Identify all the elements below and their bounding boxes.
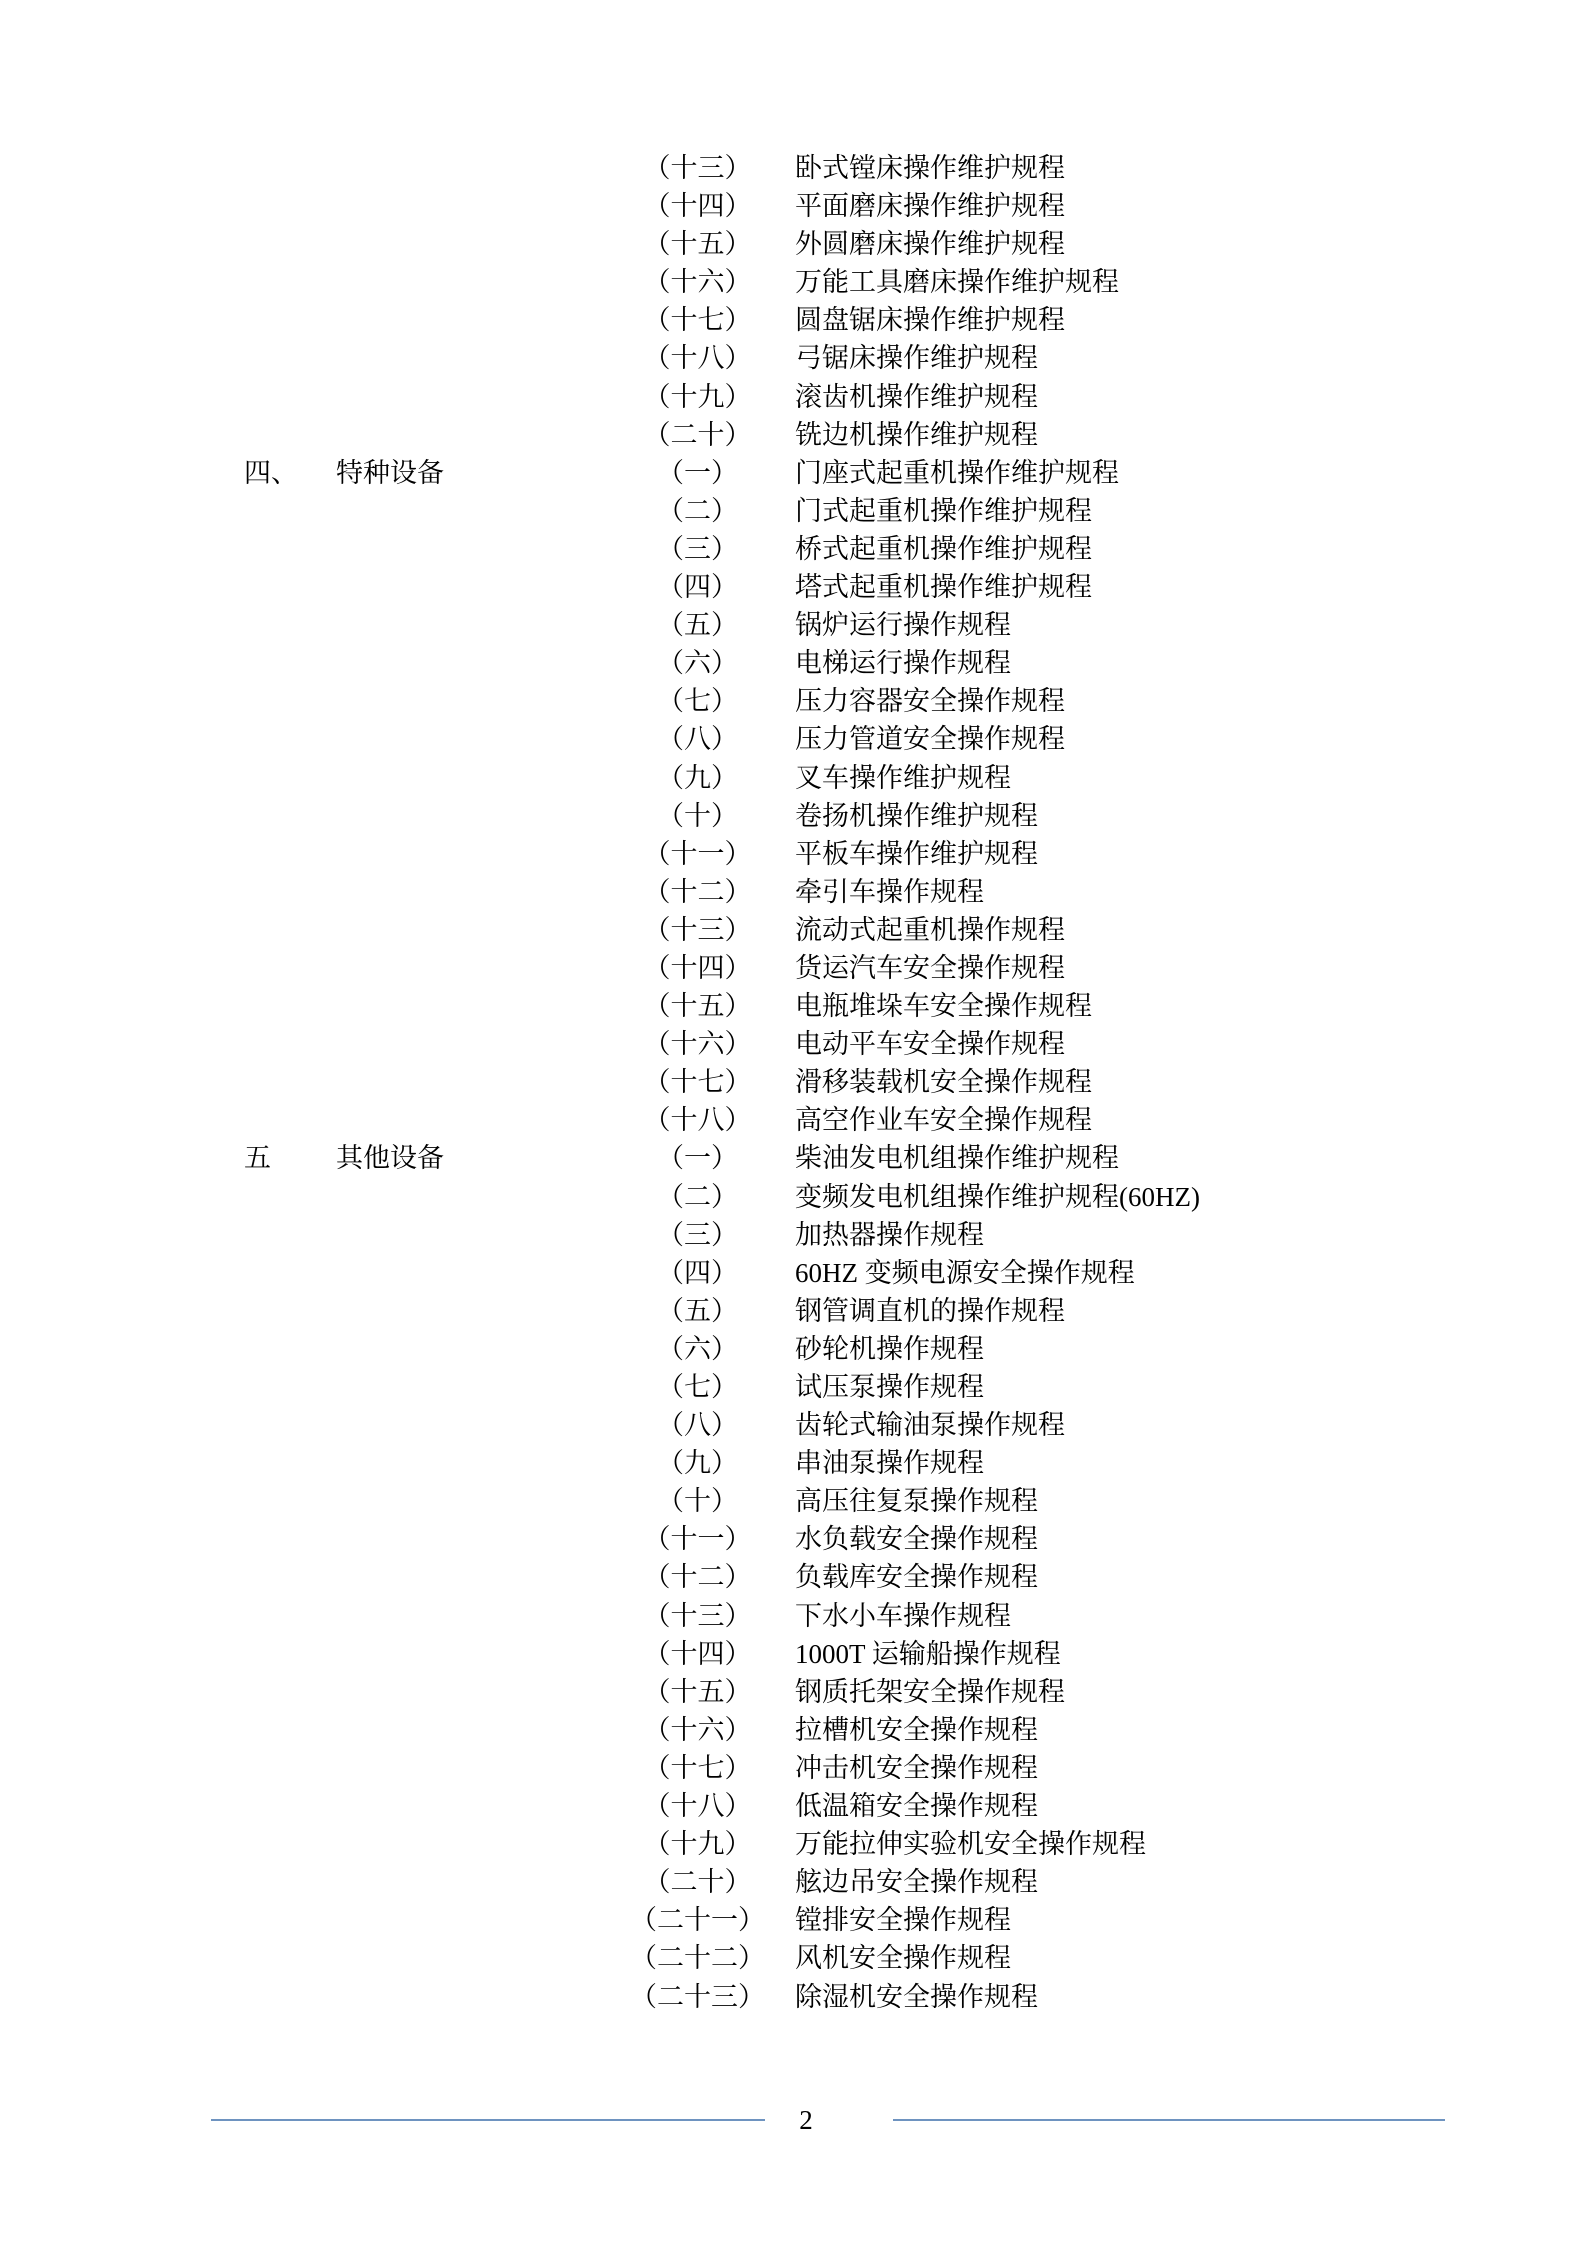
item-title: 齿轮式输油泵操作规程	[795, 1406, 1065, 1444]
item-number: （十二）	[610, 1558, 785, 1596]
item-number: （十五）	[610, 1673, 785, 1711]
list-item: （二） 门式起重机操作维护规程	[0, 492, 1587, 530]
item-number: （十九）	[610, 378, 785, 416]
item-title: 冲击机安全操作规程	[795, 1749, 1038, 1787]
item-title: 钢质托架安全操作规程	[795, 1673, 1065, 1711]
item-number: （十一）	[610, 1520, 785, 1558]
item-number: （二十一）	[610, 1901, 785, 1939]
item-title: 铣边机操作维护规程	[795, 416, 1038, 454]
list-item: （十二） 牵引车操作规程	[0, 873, 1587, 911]
item-title: 低温箱安全操作规程	[795, 1787, 1038, 1825]
list-item: （十三） 流动式起重机操作规程	[0, 911, 1587, 949]
item-title: 塔式起重机操作维护规程	[795, 568, 1092, 606]
item-title: 1000T 运输船操作规程	[795, 1635, 1061, 1673]
item-title: 货运汽车安全操作规程	[795, 949, 1065, 987]
list-item: （十八） 弓锯床操作维护规程	[0, 339, 1587, 377]
item-title: 滑移装载机安全操作规程	[795, 1063, 1092, 1101]
item-title: 镗排安全操作规程	[795, 1901, 1011, 1939]
item-title: 叉车操作维护规程	[795, 759, 1011, 797]
page-number: 2	[786, 2101, 826, 2139]
list-item: （十五） 钢质托架安全操作规程	[0, 1673, 1587, 1711]
item-number: （二）	[610, 1178, 785, 1216]
item-number: （十三）	[610, 911, 785, 949]
list-item: （十五） 电瓶堆垛车安全操作规程	[0, 987, 1587, 1025]
item-number: （十）	[610, 1482, 785, 1520]
item-number: （九）	[610, 759, 785, 797]
item-number: （十五）	[610, 225, 785, 263]
item-title: 桥式起重机操作维护规程	[795, 530, 1092, 568]
document-page: （十三） 卧式镗床操作维护规程 （十四） 平面磨床操作维护规程 （十五） 外圆磨…	[0, 0, 1587, 2245]
list-item: （十七） 冲击机安全操作规程	[0, 1749, 1587, 1787]
list-item: （十） 高压往复泵操作规程	[0, 1482, 1587, 1520]
item-title: 平面磨床操作维护规程	[795, 187, 1065, 225]
item-title: 舷边吊安全操作规程	[795, 1863, 1038, 1901]
item-number: （十五）	[610, 987, 785, 1025]
item-number: （十七）	[610, 1749, 785, 1787]
list-item: （七） 压力容器安全操作规程	[0, 682, 1587, 720]
item-title: 电梯运行操作规程	[795, 644, 1011, 682]
item-title: 圆盘锯床操作维护规程	[795, 301, 1065, 339]
item-number: （十一）	[610, 835, 785, 873]
item-title: 外圆磨床操作维护规程	[795, 225, 1065, 263]
item-title: 60HZ 变频电源安全操作规程	[795, 1254, 1135, 1292]
item-title: 高压往复泵操作规程	[795, 1482, 1038, 1520]
list-item: （四） 塔式起重机操作维护规程	[0, 568, 1587, 606]
section-number: 五	[244, 1139, 336, 1177]
section-title: 特种设备	[336, 454, 610, 492]
item-title: 弓锯床操作维护规程	[795, 339, 1038, 377]
item-title: 门式起重机操作维护规程	[795, 492, 1092, 530]
item-number: （二十二）	[610, 1939, 785, 1977]
list-item: （七） 试压泵操作规程	[0, 1368, 1587, 1406]
item-title: 万能工具磨床操作维护规程	[795, 263, 1119, 301]
item-title: 砂轮机操作规程	[795, 1330, 984, 1368]
item-title: 门座式起重机操作维护规程	[795, 454, 1119, 492]
list-item: （十八） 高空作业车安全操作规程	[0, 1101, 1587, 1139]
item-number: （十）	[610, 797, 785, 835]
list-item: （十六） 万能工具磨床操作维护规程	[0, 263, 1587, 301]
item-number: （七）	[610, 1368, 785, 1406]
list-item: （八） 齿轮式输油泵操作规程	[0, 1406, 1587, 1444]
item-number: （一）	[610, 1139, 785, 1177]
item-title: 压力容器安全操作规程	[795, 682, 1065, 720]
item-number: （八）	[610, 720, 785, 758]
list-item: （九） 叉车操作维护规程	[0, 759, 1587, 797]
list-item: （二十） 舷边吊安全操作规程	[0, 1863, 1587, 1901]
item-title: 卧式镗床操作维护规程	[795, 149, 1065, 187]
item-number: （三）	[610, 1216, 785, 1254]
item-number: （七）	[610, 682, 785, 720]
item-number: （九）	[610, 1444, 785, 1482]
item-title: 柴油发电机组操作维护规程	[795, 1139, 1119, 1177]
item-title: 万能拉伸实验机安全操作规程	[795, 1825, 1146, 1863]
list-item: 五 其他设备 （一） 柴油发电机组操作维护规程	[0, 1139, 1587, 1177]
item-title: 风机安全操作规程	[795, 1939, 1011, 1977]
item-title: 串油泵操作规程	[795, 1444, 984, 1482]
item-title: 除湿机安全操作规程	[795, 1978, 1038, 2016]
item-title: 下水小车操作规程	[795, 1597, 1011, 1635]
list-item: （十） 卷扬机操作维护规程	[0, 797, 1587, 835]
item-title: 流动式起重机操作规程	[795, 911, 1065, 949]
list-item: （十四） 1000T 运输船操作规程	[0, 1635, 1587, 1673]
page-footer: 2	[0, 2096, 1587, 2144]
item-title: 负载库安全操作规程	[795, 1558, 1038, 1596]
item-number: （四）	[610, 568, 785, 606]
item-title: 变频发电机组操作维护规程(60HZ)	[795, 1178, 1200, 1216]
item-title: 滚齿机操作维护规程	[795, 378, 1038, 416]
footer-rule-left	[211, 2119, 765, 2121]
footer-rule-right	[893, 2119, 1445, 2121]
item-title: 钢管调直机的操作规程	[795, 1292, 1065, 1330]
item-number: （十七）	[610, 301, 785, 339]
item-number: （三）	[610, 530, 785, 568]
item-number: （八）	[610, 1406, 785, 1444]
list-item: （十七） 圆盘锯床操作维护规程	[0, 301, 1587, 339]
list-item: （十四） 货运汽车安全操作规程	[0, 949, 1587, 987]
item-title: 拉槽机安全操作规程	[795, 1711, 1038, 1749]
list-item: （十二） 负载库安全操作规程	[0, 1558, 1587, 1596]
item-title: 高空作业车安全操作规程	[795, 1101, 1092, 1139]
procedure-list: （十三） 卧式镗床操作维护规程 （十四） 平面磨床操作维护规程 （十五） 外圆磨…	[0, 149, 1587, 2016]
item-number: （十四）	[610, 949, 785, 987]
item-number: （一）	[610, 454, 785, 492]
list-item: （九） 串油泵操作规程	[0, 1444, 1587, 1482]
item-number: （十六）	[610, 1025, 785, 1063]
item-number: （十六）	[610, 263, 785, 301]
item-number: （十七）	[610, 1063, 785, 1101]
list-item: （三） 加热器操作规程	[0, 1216, 1587, 1254]
list-item: （二） 变频发电机组操作维护规程(60HZ)	[0, 1178, 1587, 1216]
item-number: （十四）	[610, 187, 785, 225]
item-number: （四）	[610, 1254, 785, 1292]
list-item: （五） 锅炉运行操作规程	[0, 606, 1587, 644]
list-item: （二十） 铣边机操作维护规程	[0, 416, 1587, 454]
section-title: 其他设备	[336, 1139, 610, 1177]
list-item: （六） 电梯运行操作规程	[0, 644, 1587, 682]
list-item: （十一） 水负载安全操作规程	[0, 1520, 1587, 1558]
list-item: （十九） 万能拉伸实验机安全操作规程	[0, 1825, 1587, 1863]
list-item: （二十二） 风机安全操作规程	[0, 1939, 1587, 1977]
item-title: 锅炉运行操作规程	[795, 606, 1011, 644]
item-number: （十九）	[610, 1825, 785, 1863]
list-item: （十七） 滑移装载机安全操作规程	[0, 1063, 1587, 1101]
item-title: 平板车操作维护规程	[795, 835, 1038, 873]
item-number: （二十）	[610, 416, 785, 454]
list-item: （十三） 下水小车操作规程	[0, 1597, 1587, 1635]
item-number: （二）	[610, 492, 785, 530]
list-item: （十六） 拉槽机安全操作规程	[0, 1711, 1587, 1749]
list-item: （十三） 卧式镗床操作维护规程	[0, 149, 1587, 187]
item-title: 试压泵操作规程	[795, 1368, 984, 1406]
list-item: （二十一） 镗排安全操作规程	[0, 1901, 1587, 1939]
item-number: （二十）	[610, 1863, 785, 1901]
item-number: （十三）	[610, 149, 785, 187]
item-number: （十四）	[610, 1635, 785, 1673]
list-item: 四、 特种设备 （一） 门座式起重机操作维护规程	[0, 454, 1587, 492]
list-item: （四） 60HZ 变频电源安全操作规程	[0, 1254, 1587, 1292]
item-number: （十三）	[610, 1597, 785, 1635]
item-title: 牵引车操作规程	[795, 873, 984, 911]
list-item: （二十三） 除湿机安全操作规程	[0, 1978, 1587, 2016]
list-item: （三） 桥式起重机操作维护规程	[0, 530, 1587, 568]
item-number: （五）	[610, 606, 785, 644]
list-item: （十一） 平板车操作维护规程	[0, 835, 1587, 873]
item-title: 电瓶堆垛车安全操作规程	[795, 987, 1092, 1025]
item-title: 压力管道安全操作规程	[795, 720, 1065, 758]
item-number: （十八）	[610, 339, 785, 377]
section-number: 四、	[244, 454, 336, 492]
list-item: （十五） 外圆磨床操作维护规程	[0, 225, 1587, 263]
item-number: （六）	[610, 1330, 785, 1368]
list-item: （八） 压力管道安全操作规程	[0, 720, 1587, 758]
item-number: （五）	[610, 1292, 785, 1330]
item-number: （十八）	[610, 1101, 785, 1139]
item-number: （六）	[610, 644, 785, 682]
list-item: （十六） 电动平车安全操作规程	[0, 1025, 1587, 1063]
item-number: （十六）	[610, 1711, 785, 1749]
item-title: 水负载安全操作规程	[795, 1520, 1038, 1558]
list-item: （十八） 低温箱安全操作规程	[0, 1787, 1587, 1825]
item-title: 加热器操作规程	[795, 1216, 984, 1254]
item-title: 电动平车安全操作规程	[795, 1025, 1065, 1063]
item-number: （十八）	[610, 1787, 785, 1825]
list-item: （十四） 平面磨床操作维护规程	[0, 187, 1587, 225]
item-number: （二十三）	[610, 1978, 785, 2016]
list-item: （五） 钢管调直机的操作规程	[0, 1292, 1587, 1330]
list-item: （六） 砂轮机操作规程	[0, 1330, 1587, 1368]
list-item: （十九） 滚齿机操作维护规程	[0, 378, 1587, 416]
item-title: 卷扬机操作维护规程	[795, 797, 1038, 835]
item-number: （十二）	[610, 873, 785, 911]
